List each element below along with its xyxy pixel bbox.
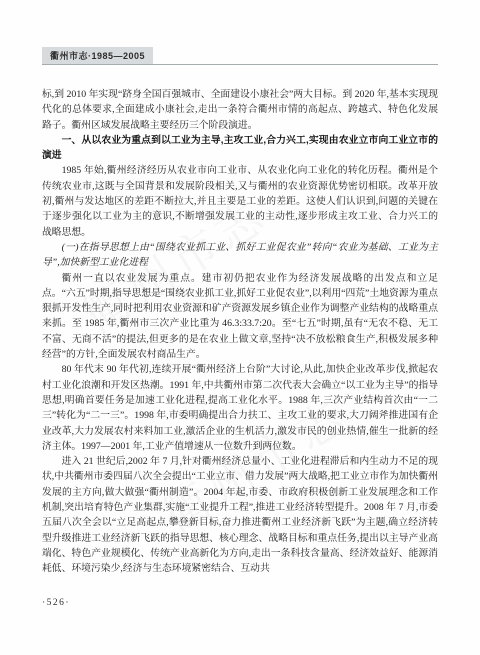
paragraph: 进入 21 世纪后,2002 年 7 月,针对衢州经济总量小、工业化进程滞后和内… [42, 454, 438, 576]
paragraph: 衢州一直以农业发展为重点。建市初仍把农业作为经济发展战略的出发点和立足点。“六五… [42, 271, 438, 363]
section-heading: (一)在指导思想上由“围绕农业抓工业、抓好工业促农业”转向“农业为基础、工业为主… [42, 240, 438, 271]
paragraph: 1985 年始,衢州经济经历从农业市向工业市、从农业化向工业化的转化历程。衢州是… [42, 163, 438, 239]
paragraph: 标,到 2010 年实现“跻身全国百强城市、全面建设小康社会”两大目标。到 20… [42, 87, 438, 133]
text-body: 标,到 2010 年实现“跻身全国百强城市、全面建设小康社会”两大目标。到 20… [42, 87, 438, 577]
paragraph: 80 年代末 90 年代初,连续开展“衢州经济上台阶”大讨论,从此,加快企业改革… [42, 362, 438, 454]
page-header: 衢州市志·1985—2005 [42, 47, 438, 65]
running-title: 衢州市志·1985—2005 [42, 47, 153, 64]
page-number: ·526· [42, 598, 70, 608]
book-page: 衢州市志 衢州市志 衢州市志·1985—2005 标,到 2010 年实现“跻身… [0, 0, 480, 655]
section-heading: 一、从以农业为重点到以工业为主导,主攻工业,合力兴工,实现由农业立市向工业立市的… [42, 133, 438, 164]
